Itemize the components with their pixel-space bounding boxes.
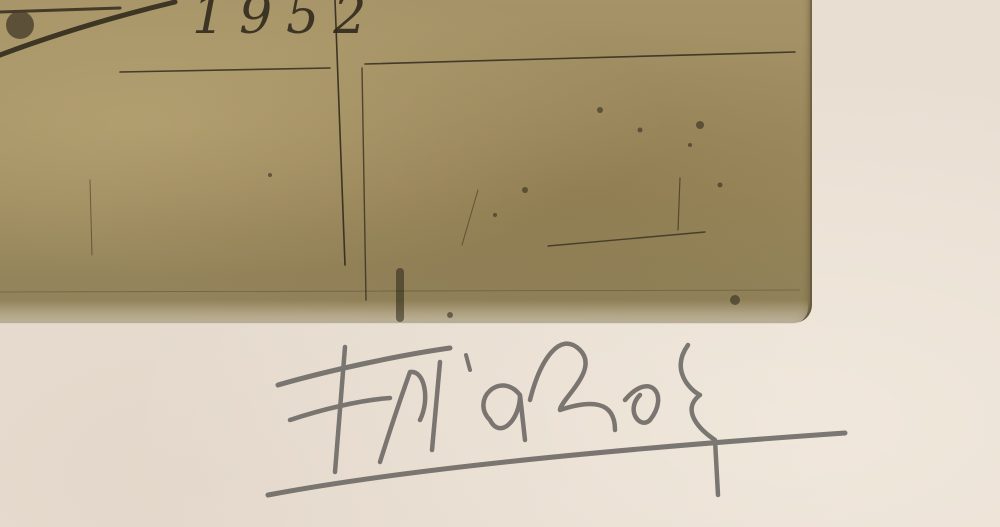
etched-lines bbox=[0, 0, 1000, 527]
date-inscription: 1952 bbox=[192, 0, 380, 46]
pencil-signature bbox=[268, 344, 845, 495]
